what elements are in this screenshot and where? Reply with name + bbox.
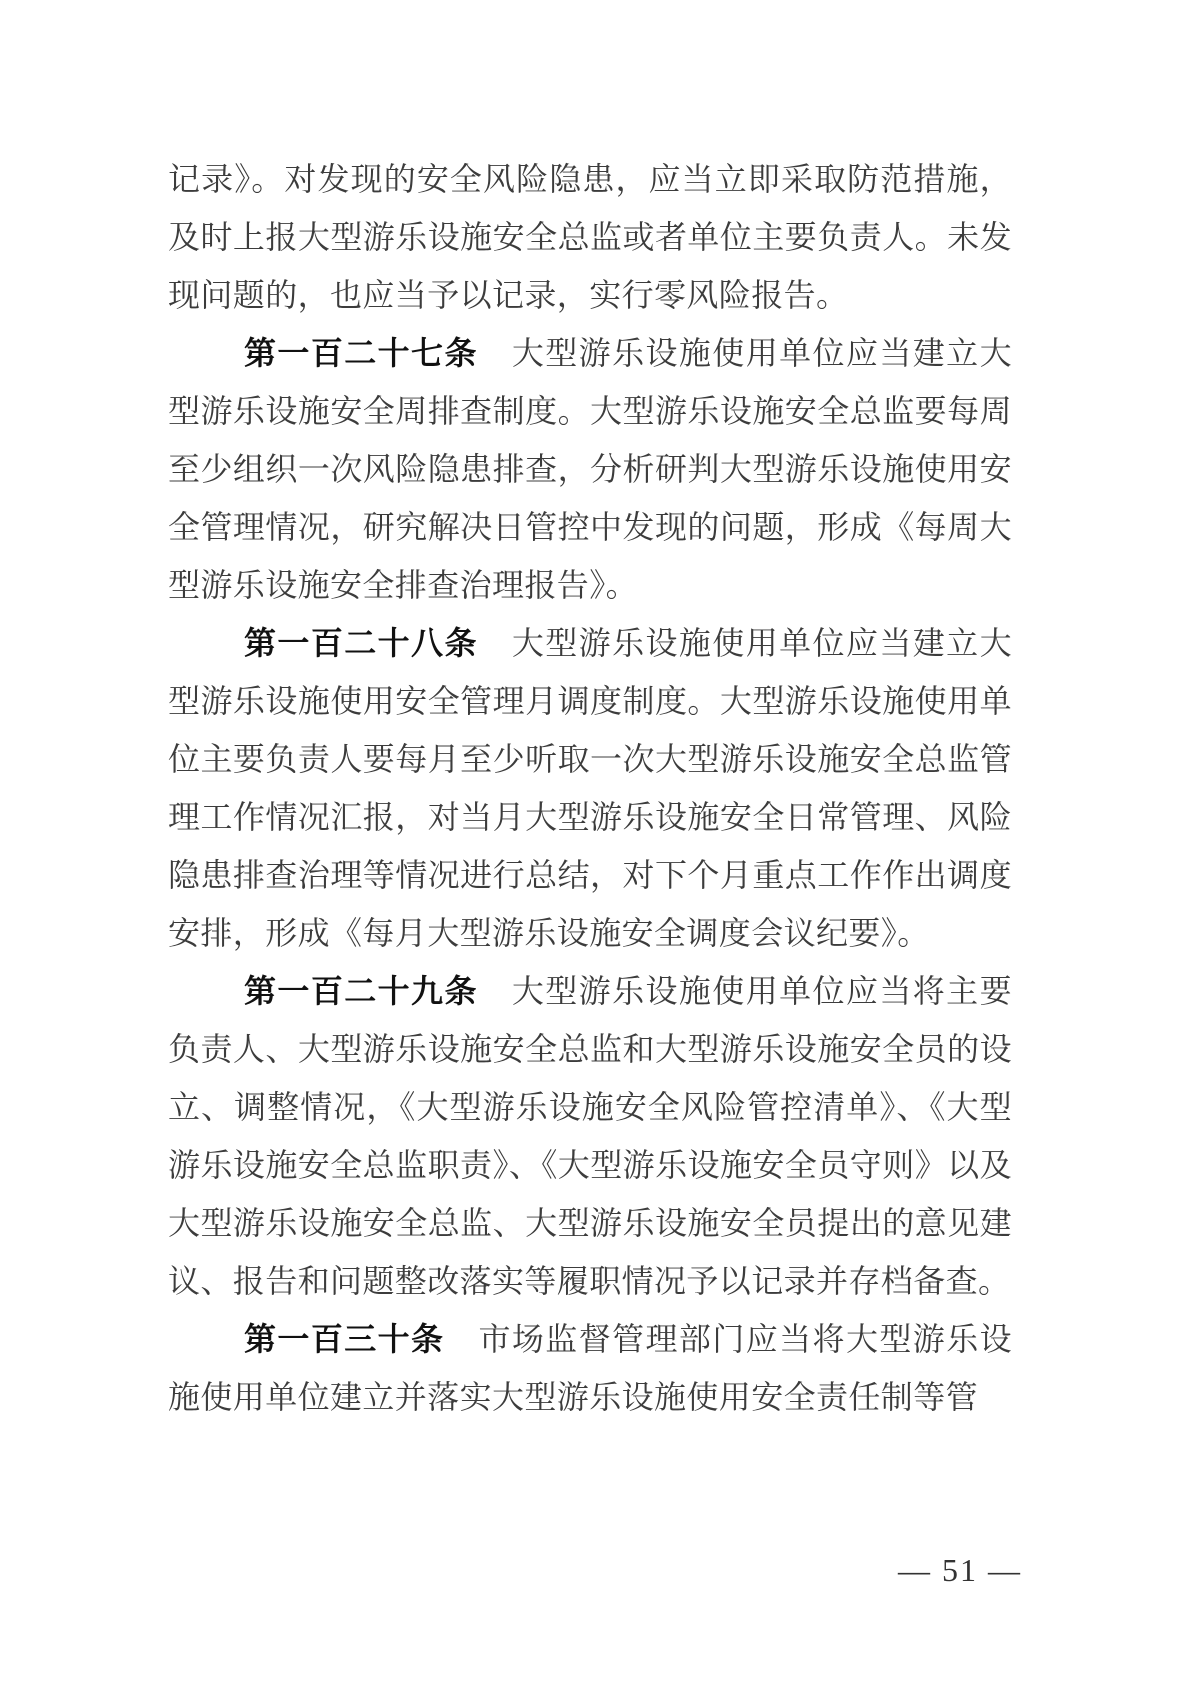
document-page: 记录》。对发现的安全风险隐患，应当立即采取防范措施，及时上报大型游乐设施安全总监… (0, 0, 1190, 1683)
article-128-paragraph: 第一百二十八条大型游乐设施使用单位应当建立大型游乐设施使用安全管理月调度制度。大… (168, 614, 1012, 962)
article-128-text: 大型游乐设施使用单位应当建立大型游乐设施使用安全管理月调度制度。大型游乐设施使用… (168, 625, 1012, 951)
document-text-block: 记录》。对发现的安全风险隐患，应当立即采取防范措施，及时上报大型游乐设施安全总监… (168, 150, 1012, 1426)
page-number: — 51 — (898, 1552, 1022, 1589)
article-127-number: 第一百二十七条 (244, 335, 478, 371)
article-128-number: 第一百二十八条 (244, 625, 478, 661)
continuation-paragraph: 记录》。对发现的安全风险隐患，应当立即采取防范措施，及时上报大型游乐设施安全总监… (168, 150, 1012, 324)
page-footer: — 51 — (0, 1552, 1190, 1600)
article-129-text: 大型游乐设施使用单位应当将主要负责人、大型游乐设施安全总监和大型游乐设施安全员的… (168, 973, 1012, 1299)
article-127-paragraph: 第一百二十七条大型游乐设施使用单位应当建立大型游乐设施安全周排查制度。大型游乐设… (168, 324, 1012, 614)
article-129-number: 第一百二十九条 (244, 973, 478, 1009)
article-127-text: 大型游乐设施使用单位应当建立大型游乐设施安全周排查制度。大型游乐设施安全总监要每… (168, 335, 1012, 603)
article-129-paragraph: 第一百二十九条大型游乐设施使用单位应当将主要负责人、大型游乐设施安全总监和大型游… (168, 962, 1012, 1310)
article-130-paragraph: 第一百三十条市场监督管理部门应当将大型游乐设施使用单位建立并落实大型游乐设施使用… (168, 1310, 1012, 1426)
article-130-number: 第一百三十条 (244, 1321, 444, 1357)
